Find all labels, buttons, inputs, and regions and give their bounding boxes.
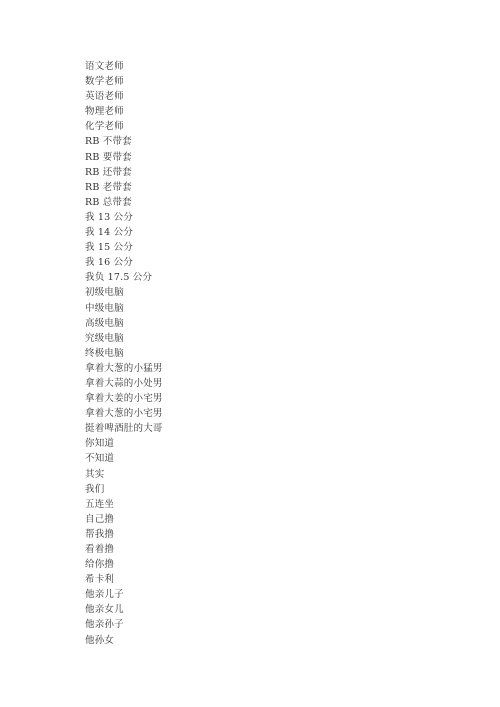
text-line: RB 总带套: [85, 195, 163, 210]
text-line: 我 16 公分: [85, 255, 163, 270]
text-line: 不知道: [85, 451, 163, 466]
text-line: 物理老师: [85, 104, 163, 119]
text-line: RB 要带套: [85, 150, 163, 165]
text-line: RB 还带套: [85, 165, 163, 180]
text-line: 初级电脑: [85, 285, 163, 300]
text-line: 我 13 公分: [85, 210, 163, 225]
text-list: 语文老师 数学老师 英语老师 物理老师 化学老师 RB 不带套 RB 要带套 R…: [85, 59, 163, 648]
text-line: 高级电脑: [85, 316, 163, 331]
text-line: 他亲女儿: [85, 602, 163, 617]
text-line: 中级电脑: [85, 301, 163, 316]
document-page: 语文老师 数学老师 英语老师 物理老师 化学老师 RB 不带套 RB 要带套 R…: [0, 0, 500, 707]
text-line: 你知道: [85, 436, 163, 451]
text-line: 我 14 公分: [85, 225, 163, 240]
text-line: 拿着大姜的小宅男: [85, 391, 163, 406]
text-line: RB 不带套: [85, 134, 163, 149]
text-line: 他孙女: [85, 633, 163, 648]
text-line: 英语老师: [85, 89, 163, 104]
text-line: 数学老师: [85, 74, 163, 89]
text-line: 拿着大葱的小宅男: [85, 406, 163, 421]
text-line: 他亲孙子: [85, 617, 163, 632]
text-line: 看着撸: [85, 542, 163, 557]
text-line: 拿着大葱的小猛男: [85, 361, 163, 376]
text-line: 给你撸: [85, 557, 163, 572]
text-line: 挺着啤酒肚的大哥: [85, 421, 163, 436]
text-line: 我 15 公分: [85, 240, 163, 255]
text-line: 究级电脑: [85, 331, 163, 346]
text-line: 希卡利: [85, 572, 163, 587]
text-line: 语文老师: [85, 59, 163, 74]
text-line: 我们: [85, 482, 163, 497]
text-line: 帮我撸: [85, 527, 163, 542]
text-line: RB 老带套: [85, 180, 163, 195]
text-line: 终极电脑: [85, 346, 163, 361]
text-line: 五连坐: [85, 497, 163, 512]
text-line: 化学老师: [85, 119, 163, 134]
text-line: 我负 17.5 公分: [85, 270, 163, 285]
text-line: 拿着大蒜的小处男: [85, 376, 163, 391]
text-line: 自己撸: [85, 512, 163, 527]
text-line: 他亲儿子: [85, 587, 163, 602]
text-line: 其实: [85, 467, 163, 482]
